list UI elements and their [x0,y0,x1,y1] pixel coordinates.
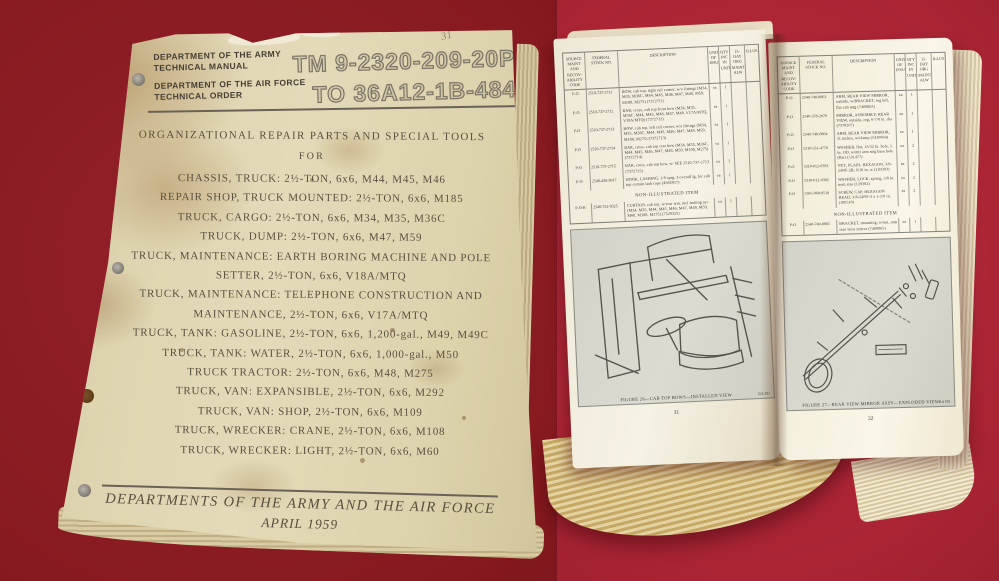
agency-block: DEPARTMENT OF THE ARMY TECHNICAL MANUAL … [153,48,306,110]
col-illus: ILLUS [745,45,760,82]
punch-hole-stained [80,389,94,403]
cab-illustration-frame: FIGURE 26—CAB TOP BOWS—INSTALLED VIEW RA… [570,220,775,407]
col-stock-no: FEDERAL STOCK NO. [585,51,620,89]
col-source-code: SOURCE MAINT AND RECOV- ABILITY CODE [563,53,587,90]
handwritten-pencil-mark: 31 [440,29,454,43]
parts-table-right: SOURCE MAINT AND RECOV- ABILITY CODE FED… [777,52,951,236]
table-rows: P-O 2540-740-8863 ARM, REAR VIEW MIRROR,… [779,90,949,209]
figure-credit: RA PD [939,398,951,403]
vehicle-line: TRUCK, MAINTENANCE: TELEPHONE CONSTRUCTI… [110,285,512,307]
torn-paper-edge [296,27,340,38]
cab-top-bows-illustration [571,221,774,406]
table-header: SOURCE MAINT AND RECOV- ABILITY CODE FED… [778,53,946,95]
table-rows: P-O 2510-737-2711 BOW, cab top, right ra… [565,82,764,192]
figure-credit: RA PD [758,390,770,396]
mirror-illustration-frame: FIGURE 27—REAR VIEW MIRROR ASSY—EXPLODED… [782,236,956,411]
punch-hole [132,73,145,86]
col-illus: ILLUS [932,53,946,89]
col-stock-no: FEDERAL STOCK NO. [800,56,834,93]
torn-paper-edge [228,30,301,47]
page-number: 31 [570,405,782,421]
red-cloth-background-left: 31 DEPARTMENT OF THE ARMY TECHNICAL MANU… [0,0,556,581]
parts-table-left: SOURCE MAINT AND RECOV- ABILITY CODE FED… [562,44,767,224]
cover-title-block: ORGANIZATIONAL REPAIR PARTS AND SPECIAL … [109,129,513,463]
rear-view-mirror-exploded-illustration [783,237,955,410]
col-allowance: 15-DAY ORG MAINT ALW [917,53,933,90]
col-source-code: SOURCE MAINT AND RECOV- ABILITY CODE [778,57,801,94]
cover-title-for: FOR [111,150,513,164]
vehicle-line: TRUCK, TANK: GASOLINE, 2½-TON, 6x6, 1,20… [110,324,512,346]
manual-cover: 31 DEPARTMENT OF THE ARMY TECHNICAL MANU… [60,28,542,560]
vehicle-line: TRUCK, TANK: WATER, 2½-TON, 6x6, 1,000-g… [110,343,512,365]
manual-numbers: TM 9-2320-209-20P TO 36A12-1B-484 [292,43,516,111]
cover-title: ORGANIZATIONAL REPAIR PARTS AND SPECIAL … [111,129,513,144]
vehicle-line: TRUCK, MAINTENANCE: EARTH BORING MACHINE… [110,246,512,268]
open-book-left-page: SOURCE MAINT AND RECOV- ABILITY CODE FED… [553,29,784,468]
page-number: 32 [779,413,963,424]
red-cloth-background-right: SOURCE MAINT AND RECOV- ABILITY CODE FED… [556,0,999,581]
col-description: DESCRIPTION [833,54,896,92]
open-book-right-page: SOURCE MAINT AND RECOV- ABILITY CODE FED… [768,38,964,461]
vehicle-list: CHASSIS, TRUCK: 2½-TON, 6x6, M44, M45, M… [109,169,513,463]
vehicle-line: TRUCK, WRECKER: LIGHT, 2½-TON, 6x6, M60 [109,440,511,462]
photo-of-army-technical-manual: 31 DEPARTMENT OF THE ARMY TECHNICAL MANU… [0,0,999,581]
vehicle-line: REPAIR SHOP, TRUCK MOUNTED: 2½-TON, 6x6,… [111,188,513,210]
col-allowance: 15-DAY ORG MAINT ALW [730,45,747,82]
col-description: DESCRIPTION [618,47,710,87]
